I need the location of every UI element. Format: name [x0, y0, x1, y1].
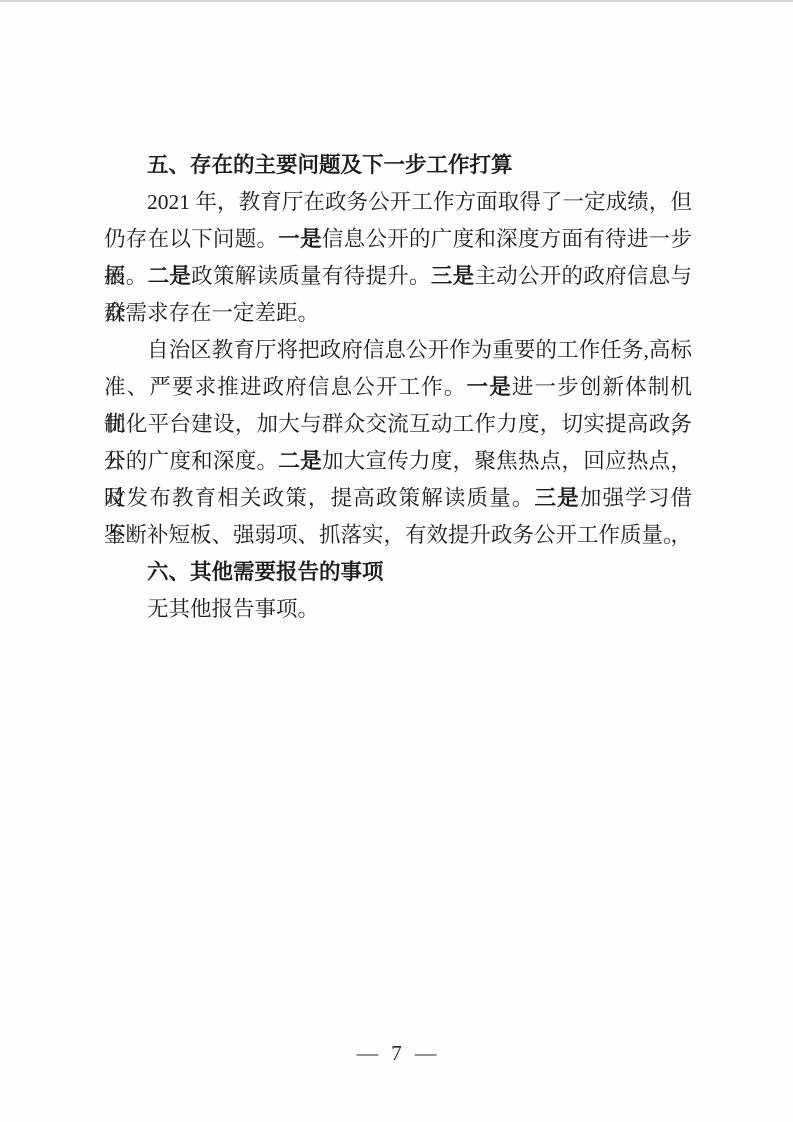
- body-text: 无其他报告事项。: [147, 597, 319, 621]
- body-line: 众需求存在一定差距。: [104, 295, 692, 332]
- ordinal-marker: 三是: [431, 264, 475, 288]
- body-text: 仍存在以下问题。: [104, 227, 278, 251]
- ordinal-marker: 二是: [278, 449, 322, 473]
- body-line: 无其他报告事项。: [104, 591, 692, 628]
- page-footer: —7—: [0, 1038, 793, 1068]
- scan-edge-line: [0, 0, 793, 2]
- footer-dash-left: —: [357, 1041, 379, 1065]
- body-text: 开的广度和深度。: [104, 449, 278, 473]
- section-5-heading: 五、存在的主要问题及下一步工作打算: [104, 147, 692, 184]
- body-text: 时发布教育相关政策，提高政策解读质量。: [104, 486, 535, 510]
- body-line: 展。二是政策解读质量有待提升。三是主动公开的政府信息与群: [104, 258, 692, 295]
- body-line: 不断补短板、强弱项、抓落实，有效提升政务公开工作质量。: [104, 517, 692, 554]
- ordinal-marker: 二是: [148, 264, 192, 288]
- body-text: 政策解读质量有待提升。: [191, 264, 431, 288]
- footer-dash-right: —: [415, 1041, 437, 1065]
- body-text: 准、严要求推进政府信息公开工作。: [104, 375, 467, 399]
- body-text: 展。: [104, 264, 148, 288]
- body-line: 开的广度和深度。二是加大宣传力度，聚焦热点，回应热点，及: [104, 443, 692, 480]
- document-page: 五、存在的主要问题及下一步工作打算 2021 年，教育厅在政务公开工作方面取得了…: [0, 0, 793, 1122]
- section-6-heading: 六、其他需要报告的事项: [104, 554, 692, 591]
- body-line: 仍存在以下问题。一是信息公开的广度和深度方面有待进一步拓: [104, 221, 692, 258]
- page-number: 7: [391, 1041, 402, 1065]
- body-text: 自治区教育厅将把政府信息公开作为重要的工作任务,高标: [147, 338, 692, 362]
- ordinal-marker: 一是: [278, 227, 322, 251]
- body-line: 2021 年，教育厅在政务公开工作方面取得了一定成绩，但: [104, 184, 692, 221]
- ordinal-marker: 一是: [467, 375, 512, 399]
- body-text: 不断补短板、强弱项、抓落实，有效提升政务公开工作质量。: [104, 523, 685, 547]
- ordinal-marker: 三是: [535, 486, 580, 510]
- body-text: 众需求存在一定差距。: [104, 301, 319, 325]
- body-line: 时发布教育相关政策，提高政策解读质量。三是加强学习借鉴，: [104, 480, 692, 517]
- body-line: 优化平台建设，加大与群众交流互动工作力度，切实提高政务公: [104, 406, 692, 443]
- report-body: 五、存在的主要问题及下一步工作打算 2021 年，教育厅在政务公开工作方面取得了…: [104, 147, 692, 628]
- body-line: 准、严要求推进政府信息公开工作。一是进一步创新体制机制，: [104, 369, 692, 406]
- body-text: 2021 年，教育厅在政务公开工作方面取得了一定成绩，但: [147, 190, 692, 214]
- body-line: 自治区教育厅将把政府信息公开作为重要的工作任务,高标: [104, 332, 692, 369]
